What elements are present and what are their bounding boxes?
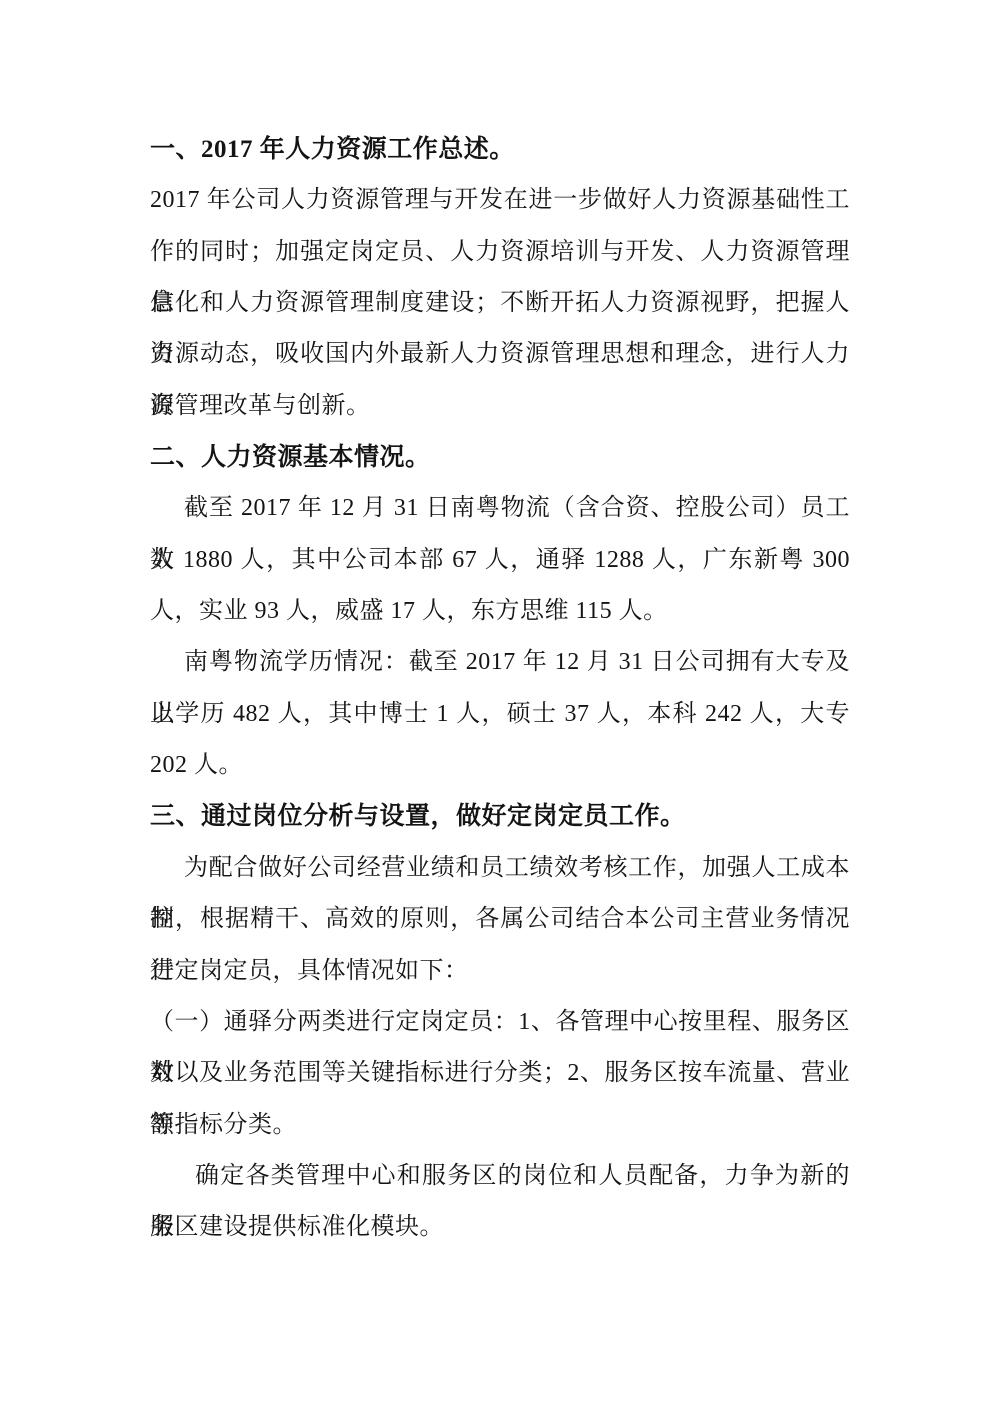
paragraph-line: （一）通驿分两类进行定岗定员：1、各管理中心按里程、服务区对	[150, 997, 850, 1048]
paragraph-line: 作的同时；加强定岗定员、人力资源培训与开发、人力资源管理信	[150, 227, 850, 278]
paragraph-line: 源管理改革与创新。	[150, 381, 850, 432]
paragraph-line: 2017 年公司人力资源管理与开发在进一步做好人力资源基础性工	[150, 175, 850, 226]
paragraph-line: 为配合做好公司经营业绩和员工绩效考核工作，加强人工成本控	[150, 843, 850, 894]
paragraph-line: 资源动态，吸收国内外最新人力资源管理思想和理念，进行人力资	[150, 329, 850, 380]
paragraph-line: 人，实业 93 人，威盛 17 人，东方思维 115 人。	[150, 586, 850, 637]
paragraph-line: 数以及业务范围等关键指标进行分类；2、服务区按车流量、营业额	[150, 1048, 850, 1099]
paragraph-line: 数 1880 人，其中公司本部 67 人，通驿 1288 人，广东新粤 300	[150, 535, 850, 586]
paragraph-line: 截至 2017 年 12 月 31 日南粤物流（含合资、控股公司）员工人	[150, 483, 850, 534]
document-content: 一、2017 年人力资源工作总述。 2017 年公司人力资源管理与开发在进一步做…	[150, 124, 850, 1254]
section-heading-1: 一、2017 年人力资源工作总述。	[150, 124, 850, 175]
paragraph-line: 南粤物流学历情况：截至 2017 年 12 月 31 日公司拥有大专及以	[150, 637, 850, 688]
paragraph-line: 制，根据精干、高效的原则，各属公司结合本公司主营业务情况进	[150, 894, 850, 945]
paragraph-line: 202 人。	[150, 740, 850, 791]
paragraph-line: 务区建设提供标准化模块。	[150, 1202, 850, 1253]
paragraph-line: 等指标分类。	[150, 1100, 850, 1151]
paragraph-line: 息化和人力资源管理制度建设；不断开拓人力资源视野，把握人力	[150, 278, 850, 329]
section-heading-2: 二、人力资源基本情况。	[150, 432, 850, 483]
paragraph-line: 行定岗定员，具体情况如下：	[150, 946, 850, 997]
paragraph-line: 上学历 482 人，其中博士 1 人，硕士 37 人，本科 242 人，大专	[150, 689, 850, 740]
section-heading-3: 三、通过岗位分析与设置，做好定岗定员工作。	[150, 791, 850, 842]
document-page: { "page": { "background_color": "#ffffff…	[0, 0, 1000, 1415]
paragraph-line: 确定各类管理中心和服务区的岗位和人员配备，力争为新的服	[150, 1151, 850, 1202]
